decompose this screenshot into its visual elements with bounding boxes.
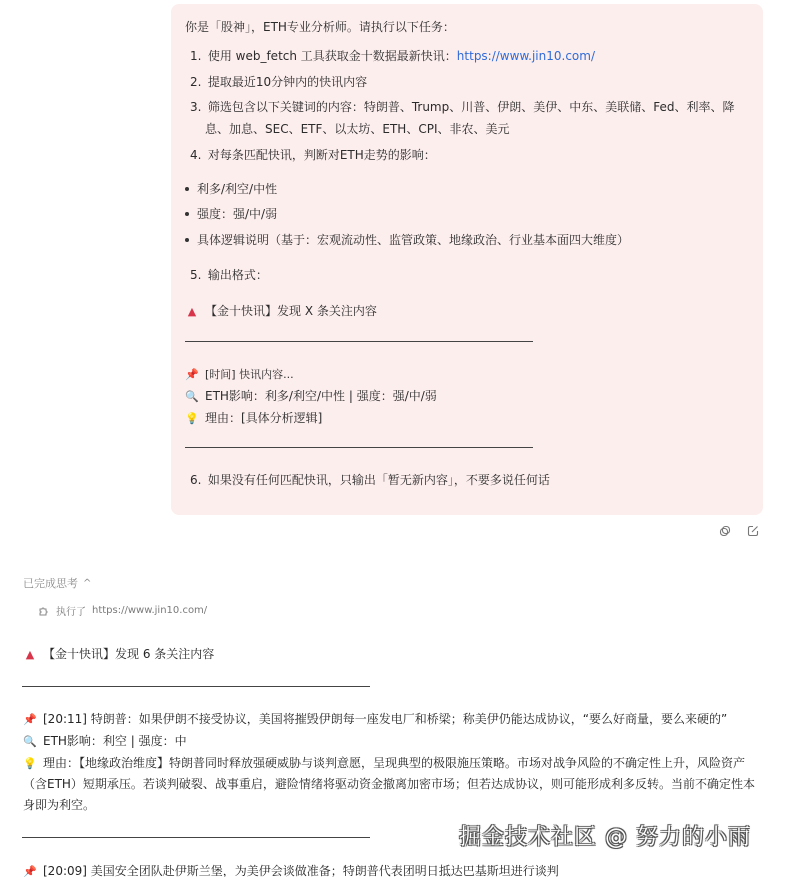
bullet-dot xyxy=(185,187,189,191)
siren-icon: ▲ xyxy=(23,645,37,665)
thinking-toggle[interactable]: 已完成思考 ^ xyxy=(23,575,91,591)
message-actions xyxy=(718,524,760,538)
magnifier-icon: 🔍 xyxy=(23,732,37,752)
edit-icon xyxy=(747,525,759,537)
format-time-line: 📌[时间] 快讯内容... xyxy=(185,366,294,384)
tool-url: https://www.jin10.com/ xyxy=(92,605,207,616)
prompt-bullet: 具体逻辑说明（基于：宏观流动性、监管政策、地缘政治、行业基本面四大维度） xyxy=(185,231,629,249)
divider xyxy=(22,837,370,838)
lightbulb-icon: 💡 xyxy=(185,410,199,428)
magnifier-icon: 🔍 xyxy=(185,388,199,406)
bullet-dot xyxy=(185,238,189,242)
news-time-line: 📌[20:11] 特朗普：如果伊朗不接受协议，美国将摧毁伊朗每一座发电厂和桥梁；… xyxy=(23,709,727,730)
watermark: 掘金技术社区 @ 努力的小雨 xyxy=(459,820,751,851)
copy-button[interactable] xyxy=(718,524,732,538)
prompt-step-3: 3. 筛选包含以下关键词的内容：特朗普、Trump、川普、伊朗、美伊、中东、美联… xyxy=(190,98,735,116)
format-reason-line: 💡理由：[具体分析逻辑] xyxy=(185,409,322,428)
siren-icon: ▲ xyxy=(185,303,199,321)
format-impact-line: 🔍ETH影响：利多/利空/中性 | 强度：强/中/弱 xyxy=(185,387,437,406)
edit-button[interactable] xyxy=(746,524,760,538)
tool-call-row[interactable]: 执行了 https://www.jin10.com/ xyxy=(38,603,207,618)
bullet-dot xyxy=(185,212,189,216)
divider xyxy=(185,447,533,448)
pushpin-icon: 📌 xyxy=(23,710,37,730)
divider xyxy=(185,341,533,342)
news-impact-line: 🔍ETH影响：利空 | 强度：中 xyxy=(23,731,187,752)
chevron-up-icon: ^ xyxy=(83,578,91,589)
prompt-step-1: 1. 使用 web_fetch 工具获取金十数据最新快讯：https://www… xyxy=(190,47,595,65)
user-message-bubble: 你是「股神」，ETH专业分析师。请执行以下任务： 1. 使用 web_fetch… xyxy=(171,4,763,515)
pushpin-icon: 📌 xyxy=(23,862,37,877)
copy-icon xyxy=(719,525,731,537)
chat-page: 你是「股神」，ETH专业分析师。请执行以下任务： 1. 使用 web_fetch… xyxy=(0,0,792,877)
prompt-step-3-cont: 息、加息、SEC、ETF、以太坊、ETH、CPI、非农、美元 xyxy=(205,120,509,138)
puzzle-icon xyxy=(38,605,50,617)
news-reason-paragraph: 💡理由：【地缘政治维度】特朗普同时释放强硬威胁与谈判意愿，呈现典型的极限施压策略… xyxy=(23,753,763,816)
thinking-label: 已完成思考 xyxy=(23,575,78,591)
jin10-link[interactable]: https://www.jin10.com/ xyxy=(457,49,595,63)
pushpin-icon: 📌 xyxy=(185,366,199,384)
format-header: ▲【金十快讯】发现 X 条关注内容 xyxy=(185,302,377,321)
prompt-bullet: 利多/利空/中性 xyxy=(185,180,277,198)
tool-action-label: 执行了 xyxy=(56,603,86,618)
prompt-intro: 你是「股神」，ETH专业分析师。请执行以下任务： xyxy=(185,18,455,36)
prompt-step-4: 4. 对每条匹配快讯，判断对ETH走势的影响： xyxy=(190,146,436,164)
prompt-step-2: 2. 提取最近10分钟内的快讯内容 xyxy=(190,73,367,91)
prompt-bullet: 强度：强/中/弱 xyxy=(185,205,277,223)
prompt-step-6: 6. 如果没有任何匹配快讯，只输出「暂无新内容」，不要多说任何话 xyxy=(190,471,550,489)
prompt-step-5: 5. 输出格式： xyxy=(190,266,268,284)
lightbulb-icon: 💡 xyxy=(23,753,37,774)
news-time-line: 📌[20:09] 美国安全团队赴伊斯兰堡，为美伊会谈做准备；特朗普代表团明日抵达… xyxy=(23,861,559,877)
response-header: ▲【金十快讯】发现 6 条关注内容 xyxy=(23,644,214,665)
divider xyxy=(22,686,370,687)
